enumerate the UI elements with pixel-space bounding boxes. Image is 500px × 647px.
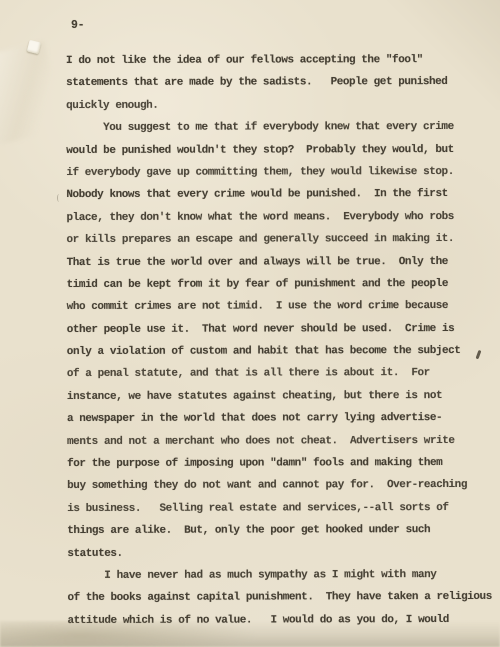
typed-line: I have never had as much sympathy as I m… <box>67 564 497 588</box>
typed-line: ments and not a merchant who does not ch… <box>67 430 497 454</box>
typed-line: You suggest to me that if everybody knew… <box>66 116 496 140</box>
typed-line: of the books against capital punishment.… <box>67 586 497 610</box>
typed-line: place, they don't know what the word mea… <box>66 206 496 230</box>
paper-chip-flaw <box>27 40 42 55</box>
typed-line: if everybody gave up committing them, th… <box>66 161 496 185</box>
typed-line: quickly enough. <box>66 94 496 118</box>
typed-line: who commit crimes are not timid. I use t… <box>67 295 497 319</box>
typed-line: a newspaper in the world that does not c… <box>67 407 497 431</box>
letter-body: I do not like the idea of our fellows ac… <box>66 49 498 632</box>
typed-line: Nobody knows that every crime would be p… <box>66 183 496 207</box>
typed-line: for the purpose of imposing upon "damn" … <box>67 452 497 476</box>
typed-line: instance, we have statutes against cheat… <box>67 385 497 409</box>
typed-line: of a penal statute, and that is all ther… <box>67 362 497 386</box>
typed-line: buy something they do not want and canno… <box>67 474 497 498</box>
typed-line: I do not like the idea of our fellows ac… <box>66 49 496 73</box>
typed-line: other people use it. That word never sho… <box>67 318 497 342</box>
typed-line: That is true the world over and always w… <box>67 250 497 274</box>
typed-line: would be punished wouldn't they stop? Pr… <box>66 138 496 162</box>
typed-line: things are alike. But, only the poor get… <box>67 519 497 543</box>
page-number: 9- <box>71 19 84 32</box>
paper-crease <box>0 41 66 145</box>
typed-line: statutes. <box>67 541 497 565</box>
typed-line: or kills prepares an escape and generall… <box>66 228 496 252</box>
letter-page: 9- I do not like the idea of our fellows… <box>0 0 500 647</box>
typed-line: statements that are made by the sadists.… <box>66 71 496 95</box>
typed-line: attitude which is of no value. I would d… <box>67 609 497 633</box>
paper-speck <box>57 194 61 202</box>
typed-line: is business. Selling real estate and ser… <box>67 497 497 521</box>
typed-line: timid can be kept from it by fear of pun… <box>67 273 497 297</box>
typed-line: only a violation of custom and habit tha… <box>67 340 497 364</box>
